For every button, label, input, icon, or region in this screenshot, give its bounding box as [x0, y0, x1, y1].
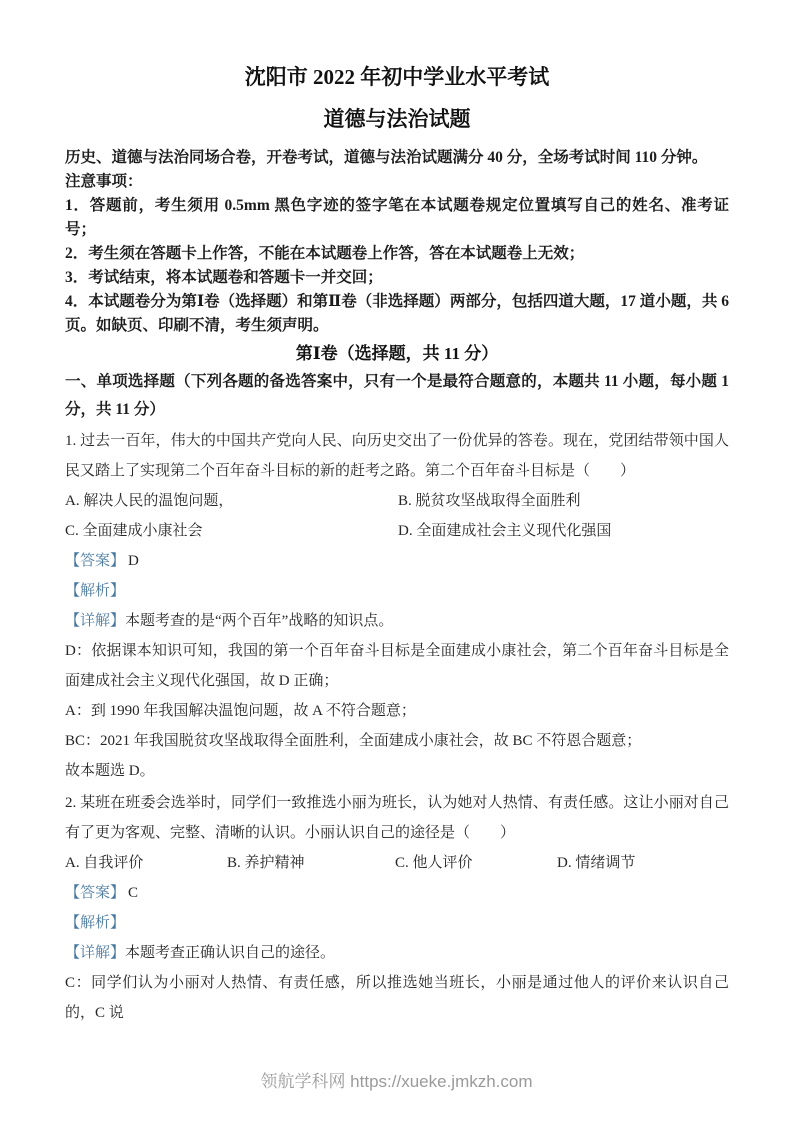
- question-1-option-d: D. 全面建成社会主义现代化强国: [398, 516, 729, 546]
- question-1-detail-line: 【详解】本题考查的是“两个百年”战略的知识点。: [65, 606, 729, 636]
- question-2-answer-line: 【答案】C: [65, 878, 729, 908]
- question-2-stem: 2. 某班在班委会选举时，同学们一致推选小丽为班长，认为她对人热情、有责任感。这…: [65, 788, 729, 848]
- question-2-detail-text: 本题考查正确认识自己的途径。: [125, 945, 335, 961]
- question-1-option-c: C. 全面建成小康社会: [65, 516, 398, 546]
- question-1-explanation-2: A：到 1990 年我国解决温饱问题，故 A 不符合题意；: [65, 696, 729, 726]
- question-1-analysis-line: 【解析】: [65, 576, 729, 606]
- notice-item-1: 1．答题前，考生须用 0.5mm 黑色字迹的签字笔在本试题卷规定位置填写自己的姓…: [65, 194, 729, 242]
- analysis-label: 【解析】: [65, 915, 125, 931]
- question-2-option-c: C. 他人评价: [395, 848, 557, 878]
- question-2-options: A. 自我评价 B. 养护精神 C. 他人评价 D. 情绪调节: [65, 848, 729, 878]
- watermark-text: 领航学科网 https://xueke.jmkzh.com: [0, 1067, 793, 1092]
- question-2-explanation-1: C：同学们认为小丽对人热情、有责任感，所以推选她当班长，小丽是通过他人的评价来认…: [65, 968, 729, 1028]
- question-1-options: A. 解决人民的温饱问题， B. 脱贫攻坚战取得全面胜利 C. 全面建成小康社会…: [65, 486, 729, 546]
- notice-item-3: 3．考试结束，将本试题卷和答题卡一并交回；: [65, 266, 729, 290]
- question-1-explanation-1: D：依据课本知识可知，我国的第一个百年奋斗目标是全面建成小康社会，第二个百年奋斗…: [65, 636, 729, 696]
- answer-label: 【答案】: [65, 885, 125, 901]
- exam-intro-line: 历史、道德与法治同场合卷，开卷考试，道德与法治试题满分 40 分，全场考试时间 …: [65, 146, 729, 170]
- exam-instructions: 历史、道德与法治同场合卷，开卷考试，道德与法治试题满分 40 分，全场考试时间 …: [65, 146, 729, 338]
- exam-document-page: 沈阳市 2022 年初中学业水平考试 道德与法治试题 历史、道德与法治同场合卷，…: [0, 0, 793, 1122]
- question-1: 1. 过去一百年，伟大的中国共产党向人民、向历史交出了一份优异的答卷。现在，党团…: [65, 426, 729, 786]
- question-2-option-d: D. 情绪调节: [557, 848, 635, 878]
- analysis-label: 【解析】: [65, 583, 125, 599]
- detail-label: 【详解】: [65, 945, 125, 961]
- notice-item-4: 4．本试题卷分为第Ⅰ卷（选择题）和第Ⅱ卷（非选择题）两部分，包括四道大题，17 …: [65, 290, 729, 338]
- answer-label: 【答案】: [65, 553, 125, 569]
- question-1-answer-value: D: [128, 553, 139, 569]
- questions-area: 1. 过去一百年，伟大的中国共产党向人民、向历史交出了一份优异的答卷。现在，党团…: [65, 426, 729, 1028]
- question-1-option-a: A. 解决人民的温饱问题，: [65, 486, 398, 516]
- question-2: 2. 某班在班委会选举时，同学们一致推选小丽为班长，认为她对人热情、有责任感。这…: [65, 788, 729, 1028]
- notice-heading: 注意事项：: [65, 170, 729, 194]
- notice-item-2: 2．考生须在答题卡上作答，不能在本试题卷上作答，答在本试题卷上无效；: [65, 242, 729, 266]
- question-1-detail-text: 本题考查的是“两个百年”战略的知识点。: [125, 613, 393, 629]
- page-subtitle: 道德与法治试题: [65, 107, 729, 132]
- question-1-stem: 1. 过去一百年，伟大的中国共产党向人民、向历史交出了一份优异的答卷。现在，党团…: [65, 426, 729, 486]
- question-2-answer-value: C: [128, 885, 138, 901]
- question-1-option-b: B. 脱贫攻坚战取得全面胜利: [398, 486, 729, 516]
- section-1-heading: 第Ⅰ卷（选择题，共 11 分）: [65, 341, 729, 366]
- detail-label: 【详解】: [65, 613, 125, 629]
- part-1-heading: 一、单项选择题（下列各题的备选答案中，只有一个是最符合题意的，本题共 11 小题…: [65, 368, 729, 424]
- question-1-explanation-3: BC：2021 年我国脱贫攻坚战取得全面胜利，全面建成小康社会，故 BC 不符恩…: [65, 726, 729, 756]
- question-1-answer-line: 【答案】D: [65, 546, 729, 576]
- page-title: 沈阳市 2022 年初中学业水平考试: [65, 64, 729, 90]
- question-2-detail-line: 【详解】本题考查正确认识自己的途径。: [65, 938, 729, 968]
- question-2-analysis-line: 【解析】: [65, 908, 729, 938]
- question-2-option-b: B. 养护精神: [227, 848, 395, 878]
- question-2-option-a: A. 自我评价: [65, 848, 227, 878]
- question-1-explanation-4: 故本题选 D。: [65, 756, 729, 786]
